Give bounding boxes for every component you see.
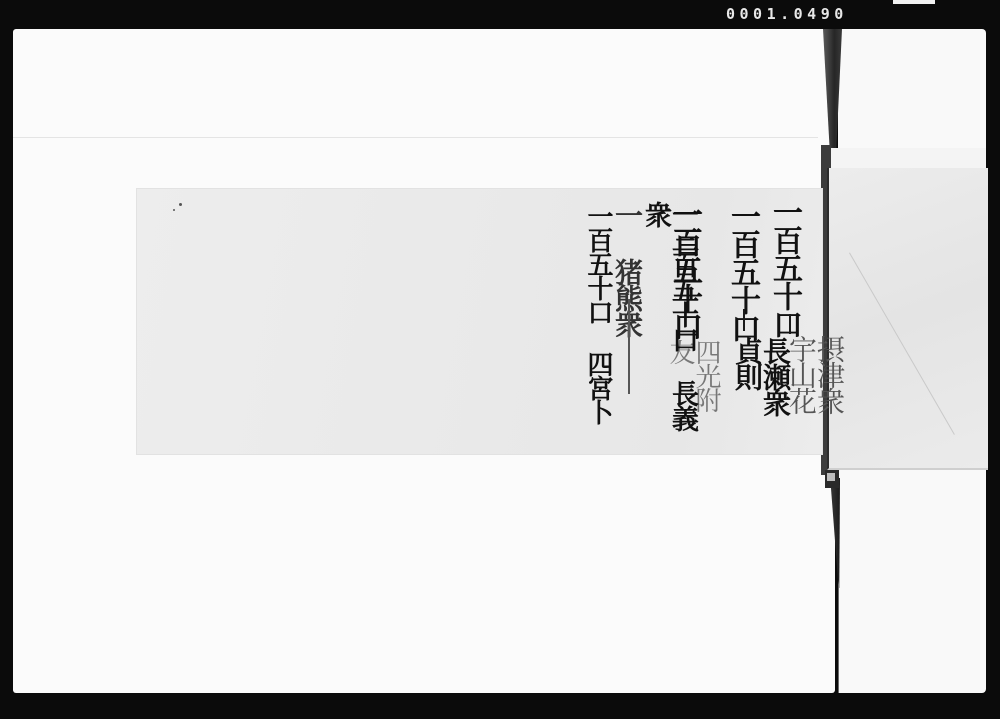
text-column-3: 一百五十口	[727, 201, 757, 341]
paper-speck	[173, 209, 175, 211]
ink-stroke	[743, 309, 745, 331]
fold-line	[13, 137, 818, 138]
text-column-8: 一 猪熊衆	[613, 201, 641, 336]
paper-crease	[849, 253, 955, 435]
document-slip: 一百五十口 摂津衆 宇山花 一百五十口 長瀬衆 貞則 一百五十口 四光附 友 一…	[137, 189, 822, 454]
film-marker	[893, 0, 935, 4]
right-document-slip	[827, 168, 988, 470]
frame-counter: 0001.0490	[726, 5, 848, 23]
text-column-7: 一三百五十口 長義衆	[642, 201, 696, 454]
ink-stroke	[628, 299, 630, 394]
text-column-9: 一百五十口 四宮卜	[585, 203, 611, 423]
gutter-line	[838, 585, 839, 693]
right-paper-strip	[831, 148, 986, 169]
ink-stroke	[789, 314, 791, 334]
text-column-4: 長瀬衆 貞則	[733, 337, 789, 454]
text-column-1: 一百五十口	[769, 197, 799, 337]
text-column-2: 摂津衆 宇山花	[787, 335, 843, 454]
binding-clip	[825, 470, 839, 488]
paper-speck	[179, 203, 182, 206]
